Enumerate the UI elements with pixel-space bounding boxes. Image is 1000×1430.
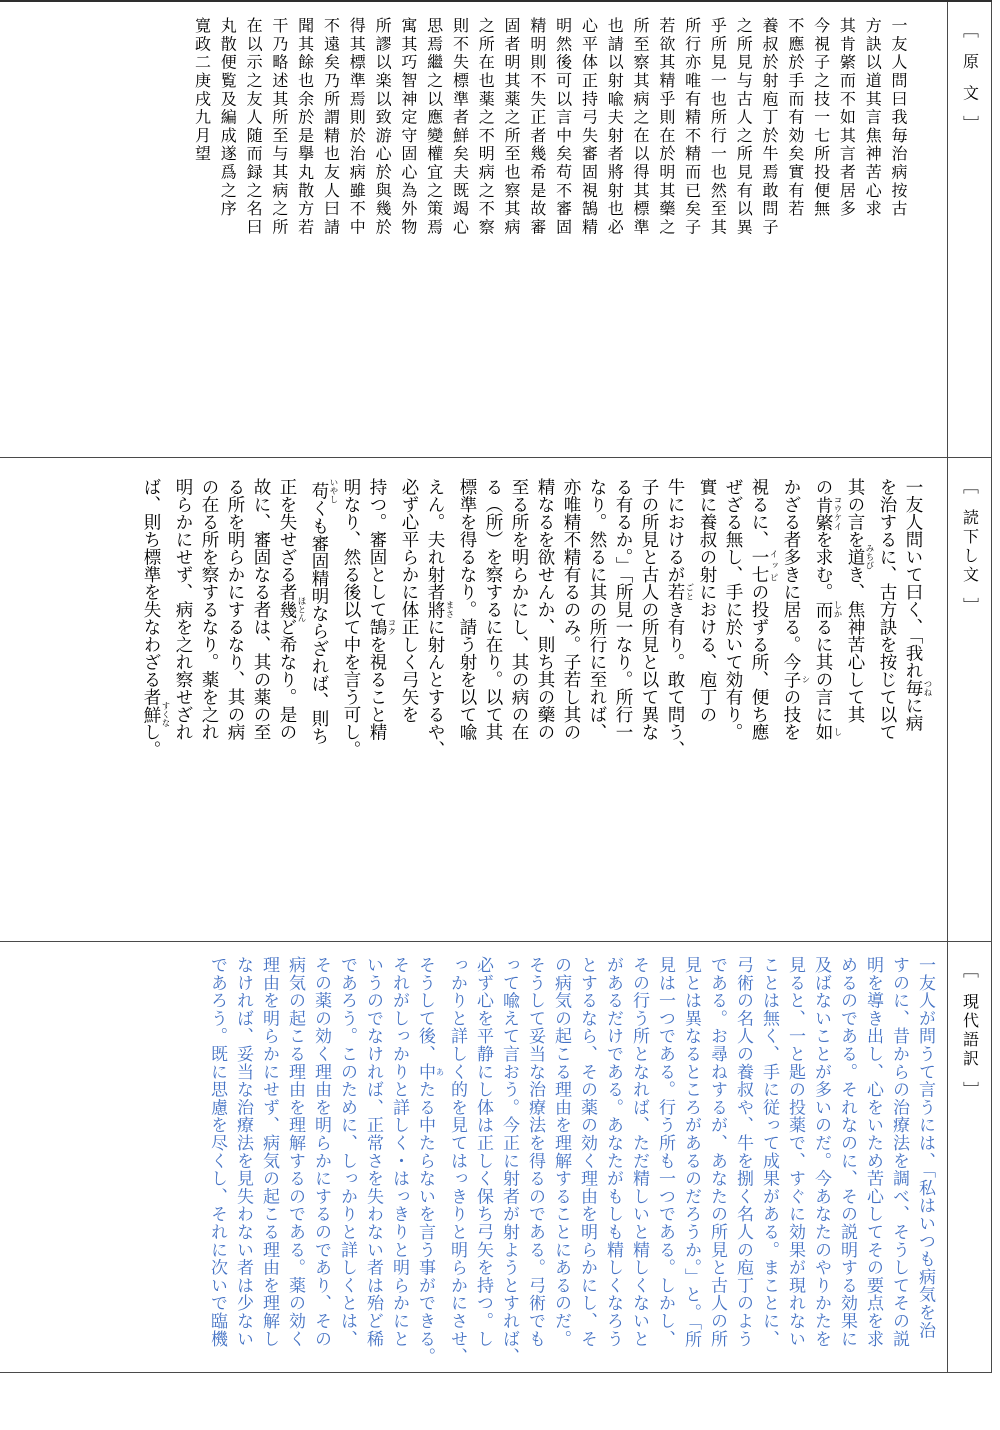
text-column: 正を失せざる者幾ほとんど希なり。是の bbox=[274, 478, 306, 941]
text-column: 之所在也薬之不明病之不察 bbox=[472, 17, 498, 457]
reading-text-body: 一友人問いて曰く、「我れ毎つねに病を治するに、古方訣を按じて以て其の言を道みちび… bbox=[0, 458, 947, 941]
section-header-cell: ［ 現代語訳 ］ bbox=[947, 942, 991, 1372]
text-column: 之所見与古人之所見有以異 bbox=[730, 17, 756, 457]
ruby-reading: 若ごと bbox=[665, 583, 685, 601]
ruby-reading: 將まさ bbox=[425, 601, 445, 619]
text-column: ことは無く、手に従って成果がある。まことに、 bbox=[756, 956, 782, 1372]
text-column: 方訣以道其言焦神苦心求 bbox=[859, 17, 885, 457]
text-column: 干乃略述其所至与其病之所 bbox=[266, 17, 292, 457]
text-column: 必ず心平らかに体正しく弓矢を bbox=[396, 478, 422, 941]
text-column: なければ、妥当な治療法を見失わない者は少ない bbox=[230, 956, 256, 1372]
text-column: 及ばないことが多いのだ。今あなたのやりかたを bbox=[808, 956, 834, 1372]
text-column: すのに、昔からの治療法を調べ、そうしてその説 bbox=[886, 956, 912, 1372]
text-column: とするなら、その薬の効く理由を明らかにし、そ bbox=[574, 956, 600, 1372]
text-column: であろう。既に思慮を尽くし、それに次いで臨機 bbox=[204, 956, 230, 1372]
document-table: 一友人問曰我毎治病按古方訣以道其言焦神苦心求其肯綮而不如其言者居多今視子之技一七… bbox=[0, 0, 992, 1373]
text-column: 乎所見一也所行一也然至其 bbox=[705, 17, 731, 457]
ruby-reading: 中あ bbox=[415, 1063, 435, 1081]
text-column: 標準を得るなり。請う射を以て喩 bbox=[454, 478, 480, 941]
section-label-reading: ［ 読下し文 ］ bbox=[960, 478, 980, 616]
text-column: 視るに、一七イッピの投ずる所、便ち應 bbox=[746, 478, 778, 941]
text-column: って喩えて言おう。今正に射者が射ようとすれば、 bbox=[496, 956, 522, 1372]
text-column: 一友人が問うて言うには、「私はいつも病気を治 bbox=[912, 956, 938, 1372]
text-column: 心平体正持弓失審固視鵠精 bbox=[576, 17, 602, 457]
text-column: の肯綮コウケイを求む。而しかるに其の言に如し bbox=[810, 478, 842, 941]
text-column: 聞其餘也余於是擧丸散方若 bbox=[292, 17, 318, 457]
text-column: である。お尋ねするが、あなたの所見と古人の所 bbox=[704, 956, 730, 1372]
text-column: それがしっかりと詳しく・はっきりと明らかにと bbox=[386, 956, 412, 1372]
section-reading-text: 一友人問いて曰く、「我れ毎つねに病を治するに、古方訣を按じて以て其の言を道みちび… bbox=[0, 458, 992, 942]
text-column: であろう。このために、しっかりと詳しくとは、 bbox=[334, 956, 360, 1372]
text-column: 故に、審固なる者は、其の薬の至 bbox=[248, 478, 274, 941]
text-column: 牛におけるが若ごとき有り。敢て問う、 bbox=[662, 478, 694, 941]
text-column: 理由を明らかにせず、病気の起こる理由を理解し bbox=[256, 956, 282, 1372]
text-column: 明なり、然る後以て中を言う可し。 bbox=[338, 478, 364, 941]
text-column: る（所）を察するに在り。以て其 bbox=[480, 478, 506, 941]
section-label-original: ［ 原 文 ］ bbox=[960, 22, 980, 134]
text-column: ば、則ち標準を失なわざる者鮮すくなし。 bbox=[138, 478, 170, 941]
ruby-reading: 鮮すくな bbox=[141, 706, 161, 724]
text-column: 弓術の名人の養叔や、牛を捌く名人の庖丁のよう bbox=[730, 956, 756, 1372]
text-column: があるだけである。あなたがもしも精しくなろう bbox=[600, 956, 626, 1372]
text-column: 病気の起こる理由を理解するのである。薬の効く bbox=[282, 956, 308, 1372]
text-column: 一友人問いて曰く、「我れ毎つねに病 bbox=[900, 478, 932, 941]
text-column: そうして後、中あたる中たらないを言う事ができる。 bbox=[412, 956, 444, 1372]
text-column: 見は一つである。行う所も一つである。しかし、 bbox=[652, 956, 678, 1372]
text-column: 丸散便覧及編成遂爲之序 bbox=[214, 17, 240, 457]
section-modern-translation: 一友人が問うて言うには、「私はいつも病気を治すのに、昔からの治療法を調べ、そうし… bbox=[0, 942, 992, 1373]
ruby-reading: 幾ほとん bbox=[277, 601, 297, 619]
ruby-reading: 道みちび bbox=[845, 548, 865, 566]
text-column: 亦唯精不精有るのみ。子若し其の bbox=[558, 478, 584, 941]
text-column: その行う所となれば、ただ精しいと精しくないと bbox=[626, 956, 652, 1372]
text-column: 必ず心を平静にし体は正しく保ち弓矢を持つ。し bbox=[470, 956, 496, 1372]
text-column: 今視子之技一七所投便無 bbox=[808, 17, 834, 457]
text-column: る所を明らかにするなり、其の病 bbox=[222, 478, 248, 941]
text-column: 精なるを欲せんか、則ち其の藥の bbox=[532, 478, 558, 941]
text-column: の病気の起こる理由を理解することにあるのだ。 bbox=[548, 956, 574, 1372]
ruby-reading: 而しか bbox=[813, 601, 833, 619]
ruby-reading: 毎つね bbox=[903, 679, 923, 697]
text-column: 得其標準焉則於治病雖不中 bbox=[343, 17, 369, 457]
text-column: 寓其巧智神定守固心為外物 bbox=[395, 17, 421, 457]
text-column: えん。夫れ射者將まさに射んとするや、 bbox=[422, 478, 454, 941]
text-column: 苟いやしくも審固精明ならざれば、則ち bbox=[306, 478, 338, 941]
text-column: 不應於手而有効矣實有若 bbox=[782, 17, 808, 457]
text-column: 所至察其病之在以得其標準 bbox=[627, 17, 653, 457]
text-column: 寛政二庚戌九月望 bbox=[189, 17, 215, 457]
text-column: る有るか。」「所見一なり。所行一 bbox=[610, 478, 636, 941]
text-column: 一友人問曰我毎治病按古 bbox=[885, 17, 911, 457]
text-column: 所謬以楽以致游心於與幾於 bbox=[369, 17, 395, 457]
text-column: 明らかにせず、病を之れ察せざれ bbox=[170, 478, 196, 941]
text-column: 若欲其精乎則在於明其藥之 bbox=[653, 17, 679, 457]
text-column: 持つ。審固として鵠コクを視ること精 bbox=[364, 478, 396, 941]
text-column: その薬の効く理由を明らかにするのであり、その bbox=[308, 956, 334, 1372]
section-original-text: 一友人問曰我毎治病按古方訣以道其言焦神苦心求其肯綮而不如其言者居多今視子之技一七… bbox=[0, 2, 992, 458]
text-column: 其の言を道みちびき、焦神苦心して其 bbox=[842, 478, 874, 941]
section-header-cell: ［ 原 文 ］ bbox=[947, 2, 991, 457]
text-column: 至る所を明らかにし、其の病の在 bbox=[506, 478, 532, 941]
text-column: 明を導き出し、心をいため苦心してその要点を求 bbox=[860, 956, 886, 1372]
text-column: 精明則不失正者幾希是故審 bbox=[524, 17, 550, 457]
translation-text-body: 一友人が問うて言うには、「私はいつも病気を治すのに、昔からの治療法を調べ、そうし… bbox=[0, 942, 947, 1372]
text-column: 其肯綮而不如其言者居多 bbox=[834, 17, 860, 457]
text-column: ぜざる無し、手に於いて効有り。 bbox=[720, 478, 746, 941]
ruby-reading: 肯綮コウケイ bbox=[813, 496, 833, 531]
text-column: っかりと詳しく的を見てはっきりと明らかにさせ、 bbox=[444, 956, 470, 1372]
text-column: 也請以射喩夫射者將射也必 bbox=[601, 17, 627, 457]
ruby-reading: 一七イッピ bbox=[749, 548, 769, 583]
ruby-reading: 鵠コク bbox=[367, 618, 387, 636]
text-column: 實に養叔の射における、庖丁の bbox=[694, 478, 720, 941]
ruby-reading: 子シ bbox=[781, 671, 801, 689]
text-column: めるのである。それなのに、その説明する効果に bbox=[834, 956, 860, 1372]
text-column: 則不失標準者鮮矣夫既竭心 bbox=[447, 17, 473, 457]
text-column: なり。然るに其の所行に至れば、 bbox=[584, 478, 610, 941]
text-column: 固者明其薬之所至也察其病 bbox=[498, 17, 524, 457]
section-header-cell: ［ 読下し文 ］ bbox=[947, 458, 991, 941]
section-label-translation: ［ 現代語訳 ］ bbox=[960, 962, 980, 1100]
text-column: 所行亦唯有精不精而已矣子 bbox=[679, 17, 705, 457]
text-column: 見とは異なるところがあるのだろうか。」と。「所 bbox=[678, 956, 704, 1372]
text-column: かざる者多きに居る。今子シの技を bbox=[778, 478, 810, 941]
ruby-reading: 如し bbox=[813, 723, 833, 741]
ruby-reading: 苟いやし bbox=[309, 478, 329, 500]
original-text-body: 一友人問曰我毎治病按古方訣以道其言焦神苦心求其肯綮而不如其言者居多今視子之技一七… bbox=[0, 2, 947, 457]
text-column: 養叔於射庖丁於牛焉敢問子 bbox=[756, 17, 782, 457]
text-column: 子の所見と古人の所見と以て異な bbox=[636, 478, 662, 941]
text-column: を治するに、古方訣を按じて以て bbox=[874, 478, 900, 941]
text-column: そうして妥当な治療法を得るのである。弓術でも bbox=[522, 956, 548, 1372]
text-column: 明然後可以言中矣苟不審固 bbox=[550, 17, 576, 457]
text-column: 見ると、一と匙の投薬で、すぐに効果が現れない bbox=[782, 956, 808, 1372]
text-column: の在る所を察するなり。薬を之れ bbox=[196, 478, 222, 941]
text-column: 不遠矣乃所謂精也友人曰請 bbox=[318, 17, 344, 457]
text-column: いうのでなければ、正常さを失わない者は殆ど稀 bbox=[360, 956, 386, 1372]
text-column: 在以示之友人随而録之名曰 bbox=[240, 17, 266, 457]
text-column: 思焉繼之以應變權宜之策焉 bbox=[421, 17, 447, 457]
